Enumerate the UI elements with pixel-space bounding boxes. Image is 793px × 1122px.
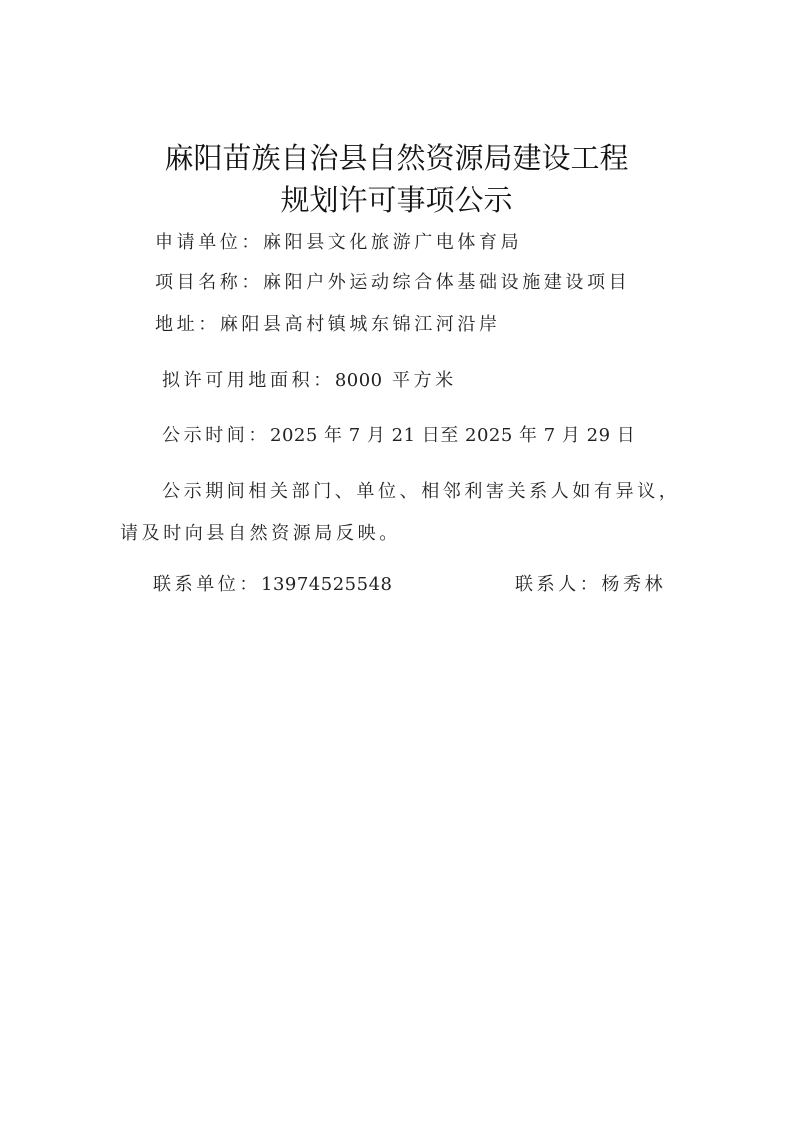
land-area-unit: 平方米 xyxy=(392,370,457,391)
document-title-line1: 麻阳苗族自治县自然资源局建设工程 xyxy=(0,140,793,176)
contact-person-label: 联系人： xyxy=(515,574,601,595)
project-name-value: 麻阳户外运动综合体基础设施建设项目 xyxy=(263,272,630,293)
notice-line1: 公示期间相关部门、单位、相邻利害关系人如有异议， xyxy=(162,480,680,504)
applicant-value: 麻阳县文化旅游广电体育局 xyxy=(263,232,522,253)
document-page: 麻阳苗族自治县自然资源局建设工程 规划许可事项公示 申请单位：麻阳县文化旅游广电… xyxy=(0,0,793,1122)
address-line: 地址：麻阳县高村镇城东锦江河沿岸 xyxy=(155,313,501,337)
project-name-line: 项目名称：麻阳户外运动综合体基础设施建设项目 xyxy=(155,271,630,295)
contact-unit-label: 联系单位： xyxy=(153,574,261,595)
contact-unit-value: 13974525548 xyxy=(261,574,392,595)
notice-line2: 请及时向县自然资源局反映。 xyxy=(120,522,401,546)
land-area-value: 8000 xyxy=(335,370,383,391)
contact-unit-line: 联系单位：13974525548 xyxy=(153,573,392,597)
document-title-line2: 规划许可事项公示 xyxy=(0,182,793,218)
publicity-period-line: 公示时间：2025 年 7 月 21 日至 2025 年 7 月 29 日 xyxy=(162,424,635,448)
address-label: 地址： xyxy=(155,314,220,335)
project-name-label: 项目名称： xyxy=(155,272,263,293)
address-value: 麻阳县高村镇城东锦江河沿岸 xyxy=(220,314,501,335)
applicant-line: 申请单位：麻阳县文化旅游广电体育局 xyxy=(155,231,522,255)
land-area-line: 拟许可用地面积：8000 平方米 xyxy=(162,369,457,393)
contact-person-line: 联系人：杨秀林 xyxy=(515,573,666,597)
publicity-period-label: 公示时间： xyxy=(162,425,270,446)
publicity-period-value: 2025 年 7 月 21 日至 2025 年 7 月 29 日 xyxy=(270,425,635,446)
contact-person-value: 杨秀林 xyxy=(601,574,666,595)
applicant-label: 申请单位： xyxy=(155,232,263,253)
land-area-label: 拟许可用地面积： xyxy=(162,370,335,391)
